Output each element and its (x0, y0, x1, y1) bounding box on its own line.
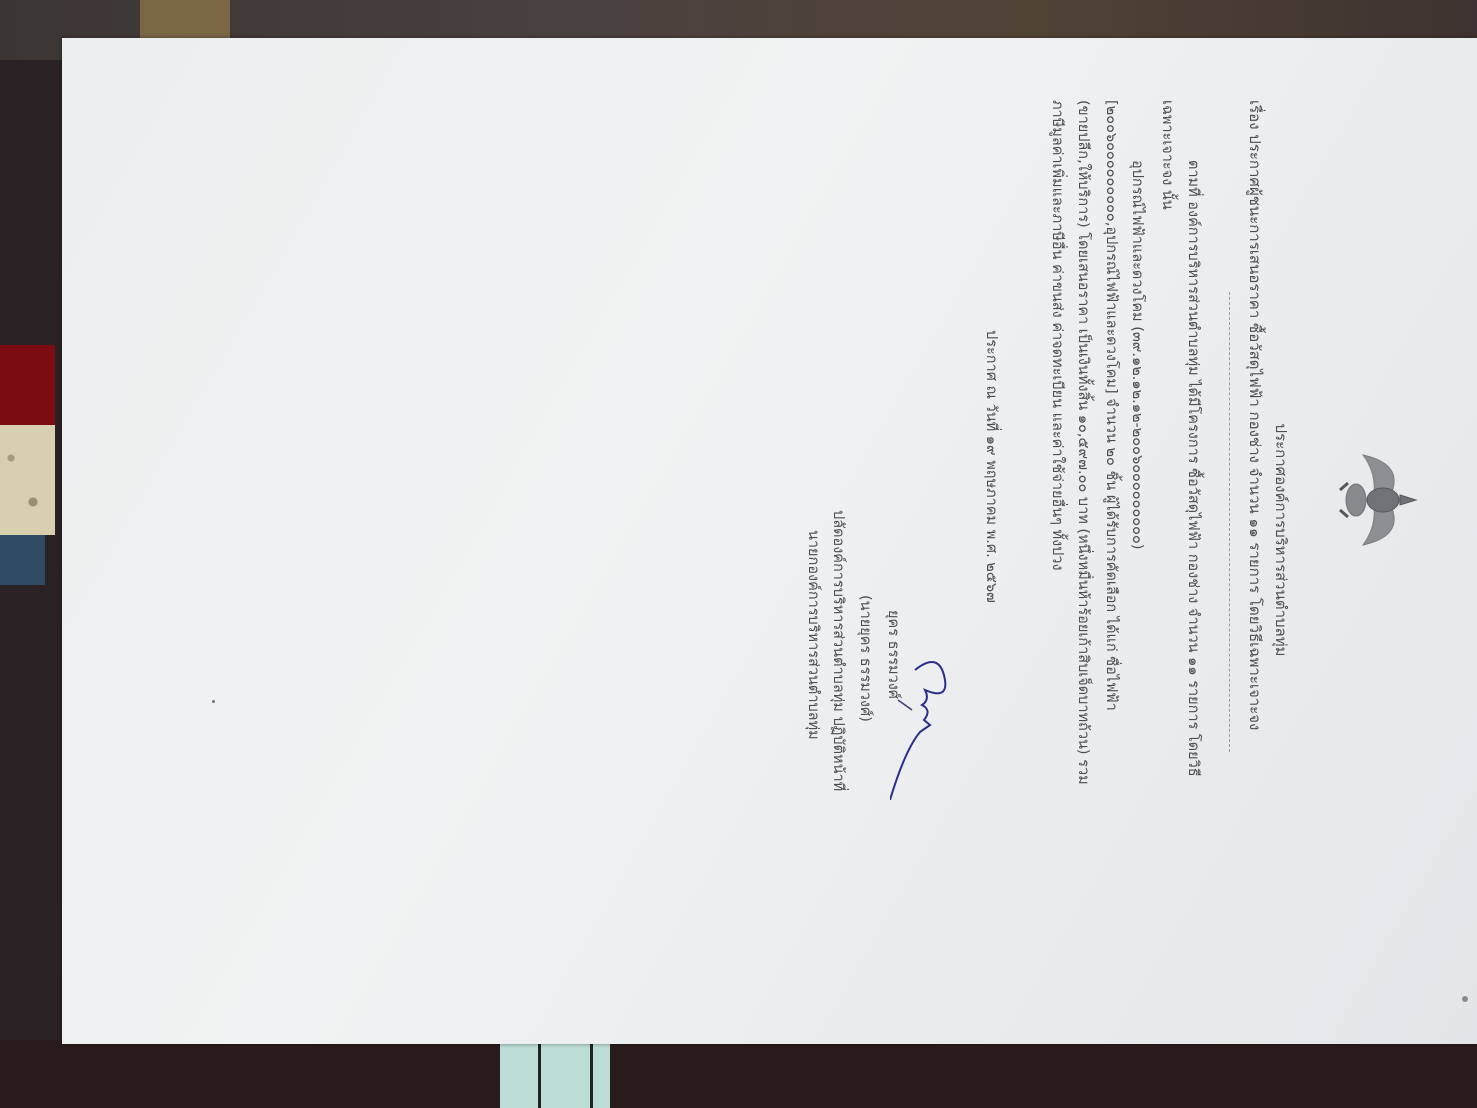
announcement-document: ประกาศองค์การบริหารส่วนตำบลทุ่ม เรื่อง ป… (210, 60, 1290, 1020)
background-red-object (0, 345, 55, 425)
signer-title: ปลัดองค์การบริหารส่วนตำบลทุ่ม ปฏิบัติหน้… (831, 510, 846, 791)
divider (1229, 292, 1230, 752)
document-subject: เรื่อง ประกาศผู้ชนะการเสนอราคา ซื้อวัสดุ… (1247, 100, 1262, 730)
background-floor (0, 425, 55, 535)
signer-title: นายกองค์การบริหารส่วนตำบลทุ่ม (806, 530, 821, 740)
body-line: อุปกรณ์ไฟฟ้าและดวงโคม (๓๙.๑๒.๑๒.๑๒-๒๐๐๖๐… (1130, 160, 1145, 550)
background-blue-object (0, 535, 45, 585)
announcement-date: ประกาศ ณ วันที่ ๑๙ พฤษภาคม พ.ศ. ๒๕๖๗ (984, 330, 999, 603)
background-object (140, 0, 230, 40)
background-grid-paper (500, 1043, 610, 1108)
background-table (0, 1040, 1477, 1108)
body-line: เฉพาะเจาะจง นั้น (1160, 100, 1175, 210)
body-line: ตามที่ องค์การบริหารส่วนตำบลทุ่ม ได้มีโค… (1186, 160, 1201, 777)
signer-full-name: (นายยุคร ธรรมวงศ์) (858, 595, 873, 722)
signer-short-name: ยุคร ธรรมวงศ์ (886, 610, 901, 699)
body-line: ภาษีมูลค่าเพิ่มและภาษีอื่น ค่าขนส่ง ค่าจ… (1050, 100, 1065, 571)
body-line: (ขายปลีก,ให้บริการ) โดยเสนอราคา เป็นเงิน… (1076, 100, 1091, 785)
garuda-emblem-icon (1338, 445, 1418, 555)
document-header: ประกาศองค์การบริหารส่วนตำบลทุ่ม (1273, 270, 1288, 810)
paper-spot (1462, 996, 1468, 1002)
body-line: [๒๐๐๖๐๐๐๐๐๐๐๐๐,อุปกรณ์ไฟฟ้าและดวงโคม] จำ… (1104, 100, 1119, 711)
